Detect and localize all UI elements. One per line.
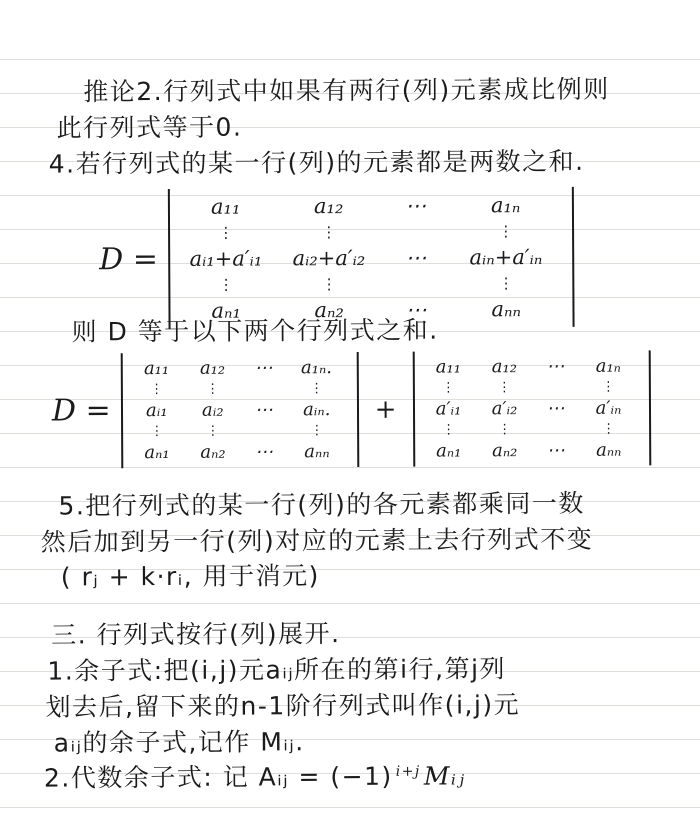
matrix-cell: aₙₙ (448, 293, 564, 326)
matrix-cell: aₙₙ (577, 436, 641, 463)
matrix-cell: aₙₙ (285, 438, 349, 465)
matrix-cell: a₁₁ (178, 190, 274, 223)
matrix-cell: a₁₂ (474, 353, 534, 380)
matrix-cell: aᵢₙ+a′ᵢₙ (448, 241, 564, 274)
matrix-cell: aₙ₂ (475, 437, 535, 464)
matrix-cell: ⋯ (384, 241, 448, 273)
equation1-lhs: D = (99, 242, 158, 277)
matrix-cell: ⋮ (178, 222, 274, 243)
matrix-cell: ⋯ (243, 396, 285, 423)
matrix-cell: ⋮ (183, 382, 243, 397)
matrix-vdots-row: ⋮⋮⋮ (178, 273, 564, 295)
matrix-cell: ⋯ (242, 354, 284, 381)
plus-operator: + (375, 394, 397, 424)
matrix-cell: ⋮ (422, 380, 474, 395)
matrix-cell: ⋮ (474, 380, 534, 395)
matrix-cell: aᵢ₂+a′ᵢ₂ (274, 242, 384, 275)
matrix-cell (243, 423, 285, 438)
matrix-cell: aᵢₙ. (285, 396, 349, 423)
notebook-page: 推论2.行列式中如果有两行(列)元素成比例则 此行列式等于0. 4.若行列式的某… (0, 0, 700, 820)
notes-content: 推论2.行列式中如果有两行(列)元素成比例则 此行列式等于0. 4.若行列式的某… (0, 0, 700, 820)
cofactor-exponent: i+j (396, 763, 421, 779)
matrix-cell: aₙ₁ (423, 437, 475, 464)
matrix-cell: a′ᵢₙ (576, 394, 640, 421)
minor-definition-line3: aᵢⱼ的余子式,记作 Mᵢⱼ. (54, 727, 305, 758)
matrix-cell: ⋮ (274, 222, 384, 243)
matrix-cell: a₁₁ (422, 353, 474, 380)
matrix-vdots-row: ⋮⋮⋮ (131, 381, 349, 397)
item5-row-operation-note: ( rⱼ + k·rᵢ, 用于消元) (61, 561, 320, 592)
matrix-cell (384, 221, 448, 241)
matrix-cell: aᵢ₁+a′ᵢ₁ (178, 242, 274, 275)
matrix-row: a₁₁a₁₂⋯a₁ₙ (178, 189, 564, 223)
matrix-vdots-row: ⋮⋮⋮ (423, 421, 641, 437)
matrix-vdots-row: ⋮⋮⋮ (422, 379, 640, 395)
determinant-sum-first: a₁₁a₁₂⋯a₁ₙ.⋮⋮⋮aᵢ₁aᵢ₂⋯aᵢₙ.⋮⋮⋮aₙ₁aₙ₂⋯aₙₙ (120, 352, 359, 468)
matrix-row: aₙ₁aₙ₂⋯aₙₙ (131, 438, 349, 466)
determinant-sum-second: a₁₁a₁₂⋯a₁ₙ⋮⋮⋮a′ᵢ₁a′ᵢ₂⋯a′ᵢₙ⋮⋮⋮aₙ₁aₙ₂⋯aₙₙ (412, 350, 651, 466)
item5-line2: 然后加到另一行(列)对应的元素上去行列式不变 (41, 525, 594, 558)
cofactor-prefix: 2.代数余子式: 记 Aᵢⱼ = (−1) (44, 762, 393, 793)
matrix-cell: ⋮ (576, 379, 640, 394)
minor-definition-line2: 划去后,留下来的n-1阶行列式叫作(i,j)元 (45, 690, 520, 722)
matrix-cell: aₙ₁ (131, 439, 183, 466)
matrix-cell: ⋯ (384, 189, 448, 221)
matrix-cell: ⋮ (178, 274, 274, 295)
section3-heading: 三. 行列式按行(列)展开. (51, 619, 341, 651)
item4-line: 4.若行列式的某一行(列)的元素都是两数之和. (49, 147, 585, 180)
matrix-cell: a₁₁ (130, 355, 182, 382)
matrix-cell: aᵢ₁ (131, 397, 183, 424)
matrix-row: aᵢ₁+a′ᵢ₁aᵢ₂+a′ᵢ₂⋯aᵢₙ+a′ᵢₙ (178, 241, 564, 275)
matrix-cell: a′ᵢ₁ (422, 395, 474, 422)
cofactor-definition-line: 2.代数余子式: 记 Aᵢⱼ = (−1)i+jMᵢⱼ (44, 761, 466, 793)
matrix-row: a₁₁a₁₂⋯a₁ₙ. (130, 354, 348, 382)
matrix-vdots-row: ⋮⋮⋮ (178, 221, 564, 243)
corollary2-line1: 推论2.行列式中如果有两行(列)元素成比例则 (83, 75, 610, 108)
matrix-cell (534, 380, 576, 395)
matrix-cell: ⋮ (423, 422, 475, 437)
matrix-cell (243, 381, 285, 396)
equation-d-sum: D = a₁₁a₁₂⋯a₁ₙ.⋮⋮⋮aᵢ₁aᵢ₂⋯aᵢₙ.⋮⋮⋮aₙ₁aₙ₂⋯a… (52, 350, 651, 468)
matrix-cell: aₙ₂ (183, 439, 243, 466)
matrix-cell: ⋮ (475, 422, 535, 437)
matrix-cell (535, 422, 577, 437)
minor-definition-line1: 1.余子式:把(i,j)元aᵢⱼ所在的第i行,第j列 (47, 654, 506, 686)
matrix-cell: ⋯ (243, 438, 285, 465)
corollary2-line2: 此行列式等于0. (56, 113, 242, 144)
equation-d-definition: D = a₁₁a₁₂⋯a₁ₙ⋮⋮⋮aᵢ₁+a′ᵢ₁aᵢ₂+a′ᵢ₂⋯aᵢₙ+a′… (99, 187, 574, 329)
matrix-cell: a₁ₙ (448, 189, 564, 222)
matrix-cell: a₁₂ (274, 190, 384, 223)
then-sum-line: 则 D 等于以下两个行列式之和. (72, 316, 439, 348)
matrix-cell: ⋮ (131, 382, 183, 397)
matrix-cell (384, 273, 448, 293)
matrix-row: aₙ₁aₙ₂⋯aₙₙ (423, 436, 641, 464)
matrix-cell: ⋮ (285, 381, 349, 396)
matrix-cell: ⋮ (285, 423, 349, 438)
matrix-row: aᵢ₁aᵢ₂⋯aᵢₙ. (131, 396, 349, 424)
matrix-cell: ⋯ (534, 353, 576, 380)
matrix-cell: ⋯ (534, 395, 576, 422)
matrix-cell: ⋮ (183, 424, 243, 439)
item5-line1: 5.把行列式的某一行(列)的各元素都乘同一数 (58, 489, 585, 522)
matrix-cell: aᵢ₂ (183, 397, 243, 424)
matrix-row: a₁₁a₁₂⋯a₁ₙ (422, 352, 640, 380)
determinant-d: a₁₁a₁₂⋯a₁ₙ⋮⋮⋮aᵢ₁+a′ᵢ₁aᵢ₂+a′ᵢ₂⋯aᵢₙ+a′ᵢₙ⋮⋮… (168, 187, 575, 329)
matrix-vdots-row: ⋮⋮⋮ (131, 423, 349, 439)
matrix-cell: ⋮ (577, 421, 641, 436)
matrix-cell: ⋮ (448, 221, 564, 242)
equation2-lhs: D = (52, 393, 111, 428)
matrix-cell: a′ᵢ₂ (474, 395, 534, 422)
matrix-cell: ⋮ (274, 274, 384, 295)
matrix-cell: a₁₂ (182, 355, 242, 382)
matrix-cell: ⋯ (535, 437, 577, 464)
matrix-row: a′ᵢ₁a′ᵢ₂⋯a′ᵢₙ (422, 394, 640, 422)
matrix-cell: a₁ₙ (576, 352, 640, 379)
matrix-cell: ⋮ (131, 424, 183, 439)
matrix-cell: a₁ₙ. (284, 354, 348, 381)
matrix-cell: ⋮ (448, 273, 564, 294)
cofactor-suffix: Mᵢⱼ (424, 761, 466, 790)
